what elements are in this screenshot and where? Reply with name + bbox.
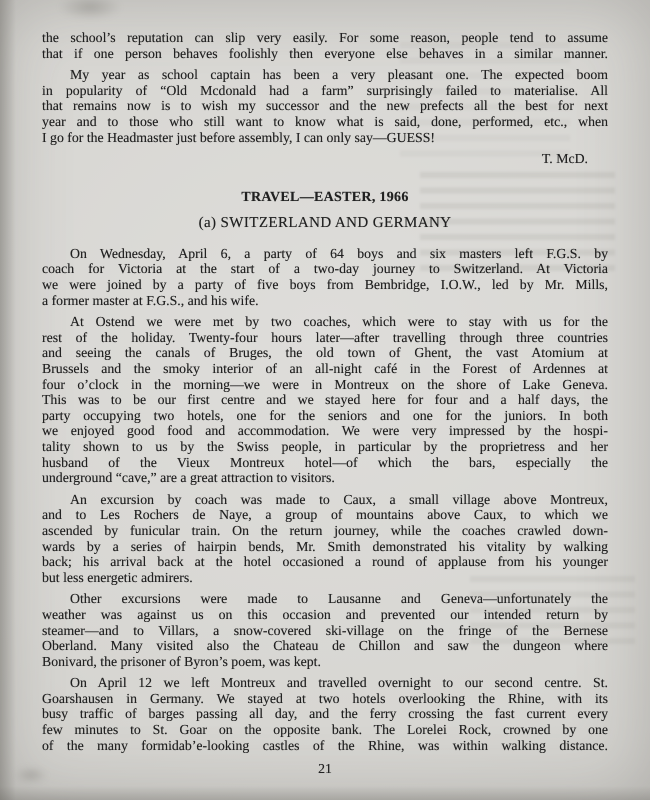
text-line: Brussels and the smoky interior of an al…: [42, 361, 608, 377]
text-line: four o’clock in the morning—we were in M…: [42, 377, 608, 393]
text-line: coach for Victoria at the start of a two…: [42, 261, 608, 277]
text-line: in popularity of “Old Mcdonald had a far…: [42, 83, 608, 99]
paragraph: My year as school captain has been a ver…: [42, 67, 608, 145]
text-line: Goarshausen in Germany. We stayed at two…: [42, 691, 608, 707]
section-heading: TRAVEL—EASTER, 1966: [42, 190, 608, 206]
text-line: I go for the Headmaster just before asse…: [42, 130, 608, 146]
paragraph: On April 12 we left Montreux and travell…: [42, 675, 608, 753]
text-line: On April 12 we left Montreux and travell…: [42, 675, 608, 691]
text-line: we were joined by a party of five boys f…: [42, 277, 608, 293]
page-edge-shadow-left: [0, 0, 16, 800]
text-line: My year as school captain has been a ver…: [42, 67, 608, 83]
page-number: 21: [0, 761, 650, 777]
paragraph: the school’s reputation can slip very ea…: [42, 30, 608, 61]
page-content: the school’s reputation can slip very ea…: [42, 30, 608, 759]
text-line: weather was against us on this occasion …: [42, 607, 608, 623]
text-line: party occupying two hotels, one for the …: [42, 408, 608, 424]
text-line: On Wednesday, April 6, a party of 64 boy…: [42, 246, 608, 262]
text-line: few minutes to St. Goar on the opposite …: [42, 722, 608, 738]
paragraph: On Wednesday, April 6, a party of 64 boy…: [42, 246, 608, 308]
paragraph: At Ostend we were met by two coaches, wh…: [42, 314, 608, 486]
text-line: ascended by funicular train. On the retu…: [42, 523, 608, 539]
text-line: husband of the Vieux Montreux hotel—of w…: [42, 455, 608, 471]
subsection-heading: (a) SWITZERLAND AND GERMANY: [42, 215, 608, 232]
text-line: rest of the holiday. Twenty-four hours l…: [42, 330, 608, 346]
text-line: wards by a series of hairpin bends, Mr. …: [42, 539, 608, 555]
text-line: back; his arrival back at the hotel occa…: [42, 554, 608, 570]
text-line: Oberland. Many visited also the Chateau …: [42, 638, 608, 654]
text-line: but less energetic admirers.: [42, 570, 608, 586]
text-line: a former master at F.G.S., and his wife.: [42, 293, 608, 309]
scanned-page: { "document": { "blocks": [ { "type": "p…: [0, 0, 650, 800]
text-line: the school’s reputation can slip very ea…: [42, 30, 608, 46]
text-line: busy traffic of barges passing all day, …: [42, 706, 608, 722]
text-line: At Ostend we were met by two coaches, wh…: [42, 314, 608, 330]
text-line: An excursion by coach was made to Caux, …: [42, 492, 608, 508]
text-line: we enjoyed good food and accommodation. …: [42, 423, 608, 439]
scan-smudge-top: [58, 0, 122, 20]
text-line: Other excursions were made to Lausanne a…: [42, 591, 608, 607]
paragraph: Other excursions were made to Lausanne a…: [42, 591, 608, 669]
text-line: and seeing the canals of Bruges, the old…: [42, 345, 608, 361]
paragraph: An excursion by coach was made to Caux, …: [42, 492, 608, 586]
text-line: that remains now is to wish my successor…: [42, 98, 608, 114]
text-line: and to Les Rochers de Naye, a group of m…: [42, 507, 608, 523]
text-line: This was to be our first centre and we s…: [42, 392, 608, 408]
text-line: of the many formidab’e-looking castles o…: [42, 738, 608, 754]
text-line: year and to those who still want to know…: [42, 114, 608, 130]
signature: T. McD.: [42, 151, 608, 167]
text-line: steamer—and to Villars, a snow-covered s…: [42, 623, 608, 639]
page-edge-shadow-bottom: [0, 786, 650, 800]
text-line: Bonivard, the prisoner of Byron’s poem, …: [42, 654, 608, 670]
text-line: tality shown to us by the Swiss people, …: [42, 439, 608, 455]
text-line: that if one person behaves foolishly the…: [42, 46, 608, 62]
text-line: underground “cave,” are a great attracti…: [42, 470, 608, 486]
